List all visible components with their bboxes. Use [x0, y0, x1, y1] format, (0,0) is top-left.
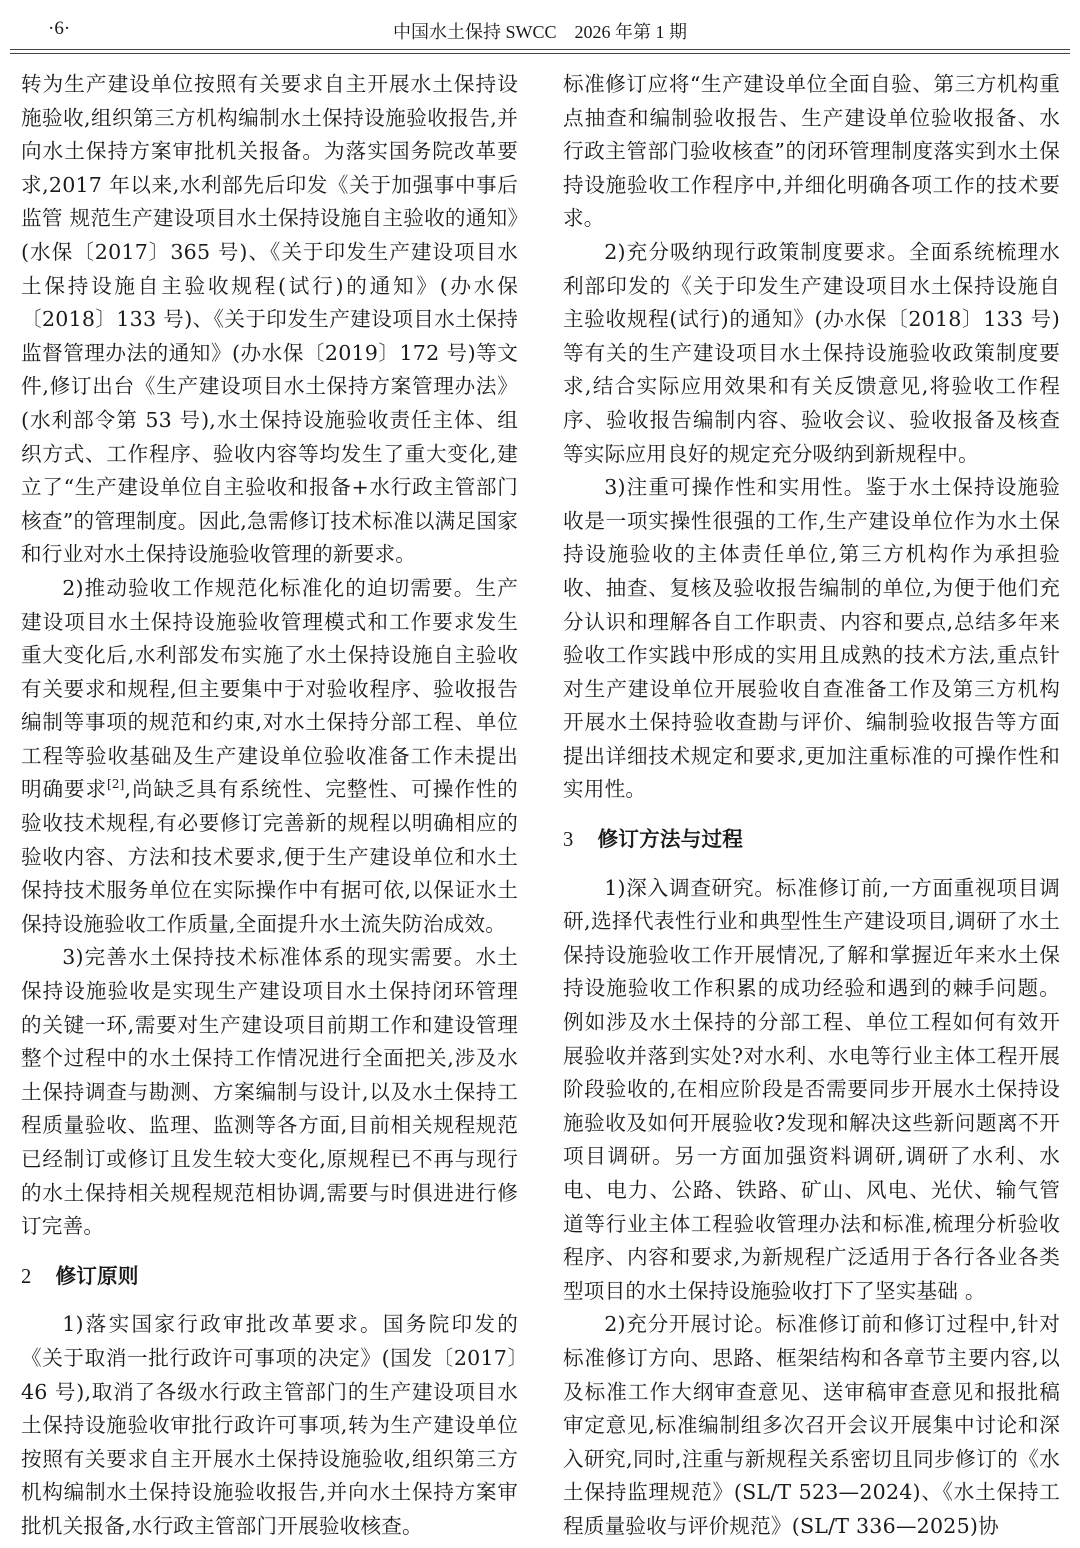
- section-title: 修订方法与过程: [598, 827, 744, 851]
- header-double-rule: [10, 49, 1070, 54]
- section-heading-2: 2修订原则: [21, 1260, 518, 1295]
- section-number: 2: [21, 1266, 32, 1288]
- citation-ref[interactable]: [2]: [107, 778, 125, 792]
- page-header: ·6· 中国水土保持 SWCC 2026 年第 1 期: [10, 14, 1070, 54]
- paragraph-need-3: 3)完善水土保持技术标准体系的现实需要。水土保持设施验收是实现生产建设项目水土保…: [21, 941, 518, 1243]
- paragraph-need-2: 2)推动验收工作规范化标准化的迫切需要。生产建设项目水土保持设施验收管理模式和工…: [21, 572, 518, 942]
- paragraph-method-2: 2)充分开展讨论。标准修订前和修订过程中,针对标准修订方向、思路、框架结构和各章…: [563, 1308, 1060, 1543]
- section-title: 修订原则: [56, 1264, 139, 1288]
- journal-title: 中国水土保持 SWCC 2026 年第 1 期: [10, 18, 1070, 44]
- right-column: 标准修订应将“生产建设单位全面自验、第三方机构重点抽查和编制验收报告、生产建设单…: [563, 68, 1060, 1544]
- paragraph-continuation: 标准修订应将“生产建设单位全面自验、第三方机构重点抽查和编制验收报告、生产建设单…: [563, 68, 1060, 236]
- paragraph-principle-1: 1)落实国家行政审批改革要求。国务院印发的《关于取消一批行政许可事项的决定》(国…: [21, 1308, 518, 1543]
- paragraph-continuation: 转为生产建设单位按照有关要求自主开展水土保持设施验收,组织第三方机构编制水土保持…: [21, 68, 518, 572]
- paragraph-method-1: 1)深入调查研究。标准修订前,一方面重视项目调研,选择代表性行业和典型性生产建设…: [563, 872, 1060, 1309]
- section-heading-3: 3修订方法与过程: [563, 823, 1060, 858]
- section-number: 3: [563, 829, 574, 851]
- paragraph-text: 2)推动验收工作规范化标准化的迫切需要。生产建设项目水土保持设施验收管理模式和工…: [21, 576, 518, 802]
- paragraph-principle-3: 3)注重可操作性和实用性。鉴于水土保持设施验收是一项实操性很强的工作,生产建设单…: [563, 471, 1060, 807]
- paragraph-principle-2: 2)充分吸纳现行政策制度要求。全面系统梳理水利部印发的《关于印发生产建设项目水土…: [563, 236, 1060, 471]
- left-column: 转为生产建设单位按照有关要求自主开展水土保持设施验收,组织第三方机构编制水土保持…: [21, 68, 518, 1544]
